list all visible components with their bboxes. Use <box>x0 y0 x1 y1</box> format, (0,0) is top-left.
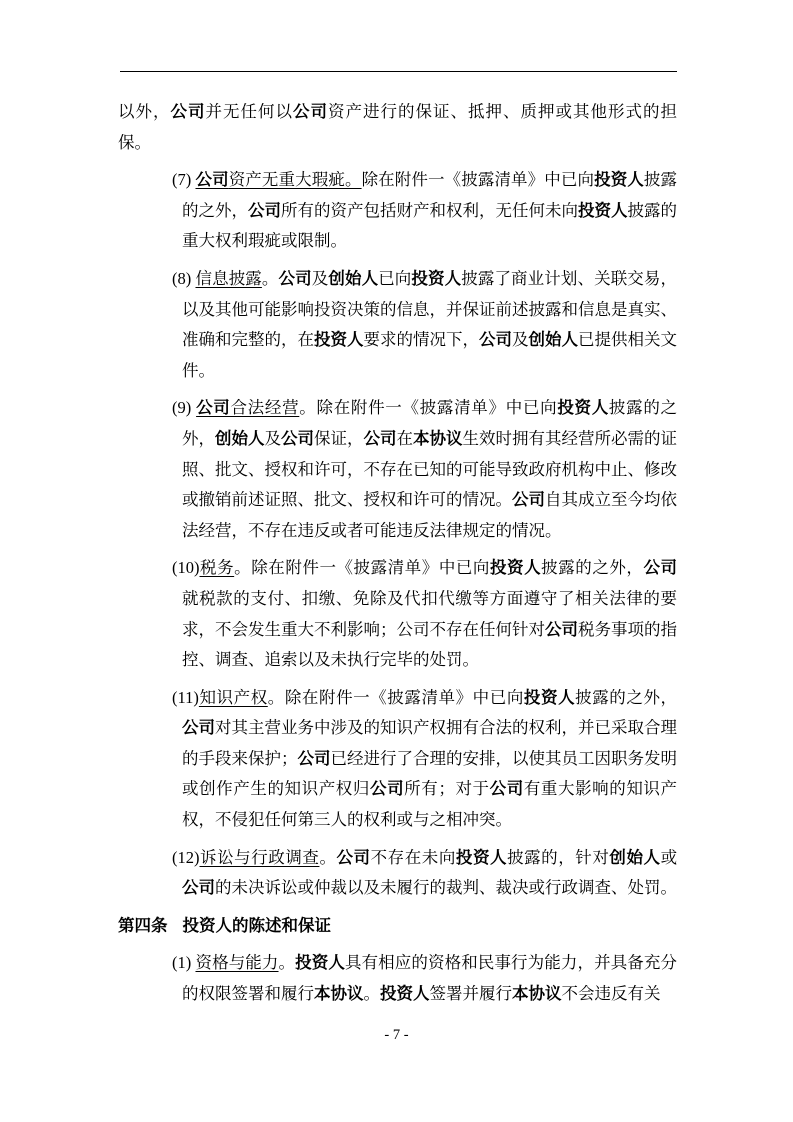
item-number: (9) <box>172 398 196 417</box>
item-number: (1) <box>172 953 195 972</box>
text-run: 。 <box>364 984 381 1003</box>
text-run: 在 <box>397 429 414 448</box>
continuation-paragraph: 以外，公司并无任何以公司资产进行的保证、抵押、质押或其他形式的担保。 <box>118 97 677 158</box>
text-run: 所有的资产包括财产和权利，无任何未向 <box>281 201 578 220</box>
text-run: 公司 <box>279 269 312 288</box>
text-run: 投资人 <box>411 269 461 288</box>
text-run: 及 <box>512 330 529 349</box>
text-run: 公司 <box>196 398 230 417</box>
text-run: 公司 <box>293 102 328 121</box>
heading-number: 第四条 <box>118 916 168 935</box>
text-run: 。 <box>262 269 279 288</box>
text-run: 。除在附件一《披露清单》中已向 <box>299 398 557 417</box>
text-run: 签署并履行 <box>430 984 513 1003</box>
item-number: (7) <box>172 170 195 189</box>
list-item: (11)知识产权。除在附件一《披露清单》中已向投资人披露的之外，公司对其主营业务… <box>118 683 677 836</box>
text-run: 公司 <box>337 848 371 867</box>
text-run: 本协议 <box>413 429 463 448</box>
text-run: 要求的情况下， <box>364 330 480 349</box>
heading-title: 投资人的陈述和保证 <box>183 916 332 935</box>
list-item: (9) 公司合法经营。除在附件一《披露清单》中已向投资人披露的之外，创始人及公司… <box>118 393 677 546</box>
header-rule <box>120 71 677 72</box>
text-run: 投资人 <box>314 330 364 349</box>
document-page: 以外，公司并无任何以公司资产进行的保证、抵押、质押或其他形式的担保。(7) 公司… <box>0 0 793 1122</box>
text-run: 保证， <box>314 429 364 448</box>
text-run: 投资人 <box>594 170 644 189</box>
text-run: 公司 <box>479 330 512 349</box>
text-run: 公司 <box>171 102 206 121</box>
text-run: 及 <box>265 429 282 448</box>
text-run: 投资人 <box>456 848 507 867</box>
text-run: 已向 <box>378 269 411 288</box>
text-run: 创始人 <box>529 330 579 349</box>
document-body: 以外，公司并无任何以公司资产进行的保证、抵押、质押或其他形式的担保。(7) 公司… <box>118 97 677 1017</box>
text-run: 创始人 <box>609 848 660 867</box>
item-number: (11) <box>172 688 199 707</box>
text-run: 或 <box>661 848 678 867</box>
list-item: (12)诉讼与行政调查。公司不存在未向投资人披露的，针对创始人或公司的未决诉讼或… <box>118 843 677 904</box>
text-run: 披露的，针对 <box>507 848 609 867</box>
item-number: (12) <box>172 848 200 867</box>
text-run: 公司 <box>248 201 281 220</box>
text-run: 的未决诉讼或仲裁以及未履行的裁判、裁决或行政调查、处罚。 <box>215 878 677 897</box>
text-run: 投资人 <box>578 201 628 220</box>
text-run: 投资人 <box>524 688 575 707</box>
item-number: (10) <box>172 558 200 577</box>
text-run: 及 <box>312 269 329 288</box>
list-item: (10)税务。除在附件一《披露清单》中已向投资人披露的之外，公司就税款的支付、扣… <box>118 553 677 675</box>
text-run: 以外， <box>118 102 171 121</box>
text-run: 资格与能力 <box>195 953 278 972</box>
text-run: 公司 <box>512 490 545 509</box>
page-number: - 7 - <box>0 1025 793 1045</box>
text-run: 创始人 <box>215 429 265 448</box>
text-run: 公司 <box>182 878 215 897</box>
text-run: 。除在附件一《披露清单》中已向 <box>234 558 490 577</box>
text-run: 信息披露 <box>195 269 261 288</box>
text-run: 不存在未向 <box>371 848 456 867</box>
text-run: 知识产权 <box>199 688 268 707</box>
text-run: 诉讼与行政调查 <box>200 848 320 867</box>
text-run: 公司 <box>364 429 397 448</box>
text-run: 公司 <box>370 779 404 798</box>
text-run: 公司 <box>195 170 228 189</box>
text-run: 公司 <box>643 558 677 577</box>
item-number: (8) <box>172 269 195 288</box>
text-run: 投资人 <box>380 984 430 1003</box>
text-run: 。 <box>279 953 296 972</box>
text-run: 创始人 <box>328 269 378 288</box>
text-run: 并无任何以 <box>206 102 294 121</box>
text-run: 税务 <box>200 558 235 577</box>
section-heading: 第四条投资人的陈述和保证 <box>118 911 677 942</box>
list-item: (1) 资格与能力。投资人具有相应的资格和民事行为能力，并具备充分的权限签署和履… <box>118 948 677 1009</box>
text-run: 不会违反有关 <box>562 984 661 1003</box>
text-run: 合法经营 <box>230 398 299 417</box>
text-run: 除在附件一《披露清单》中已向 <box>362 170 595 189</box>
list-item: (8) 信息披露。公司及创始人已向投资人披露了商业计划、关联交易，以及其他可能影… <box>118 264 677 386</box>
text-run: 本协议 <box>314 984 364 1003</box>
text-run: 投资人 <box>490 558 541 577</box>
text-run: 披露的之外， <box>575 688 677 707</box>
text-run: 披露的之外， <box>541 558 643 577</box>
text-run: 公司 <box>298 749 331 768</box>
text-run: 资产无重大瑕疵。 <box>229 170 362 189</box>
text-run: 公司 <box>490 779 524 798</box>
text-run: 公司 <box>182 718 215 737</box>
text-run: 公司 <box>545 620 578 639</box>
text-run: 投资人 <box>557 398 609 417</box>
text-run: 投资人 <box>295 953 345 972</box>
list-item: (7) 公司资产无重大瑕疵。除在附件一《披露清单》中已向投资人披露的之外，公司所… <box>118 165 677 257</box>
text-run: 。 <box>319 848 336 867</box>
text-run: 公司 <box>281 429 314 448</box>
text-run: 。除在附件一《披露清单》中已向 <box>268 688 524 707</box>
text-run: 所有；对于 <box>404 779 489 798</box>
text-run: 本协议 <box>512 984 562 1003</box>
